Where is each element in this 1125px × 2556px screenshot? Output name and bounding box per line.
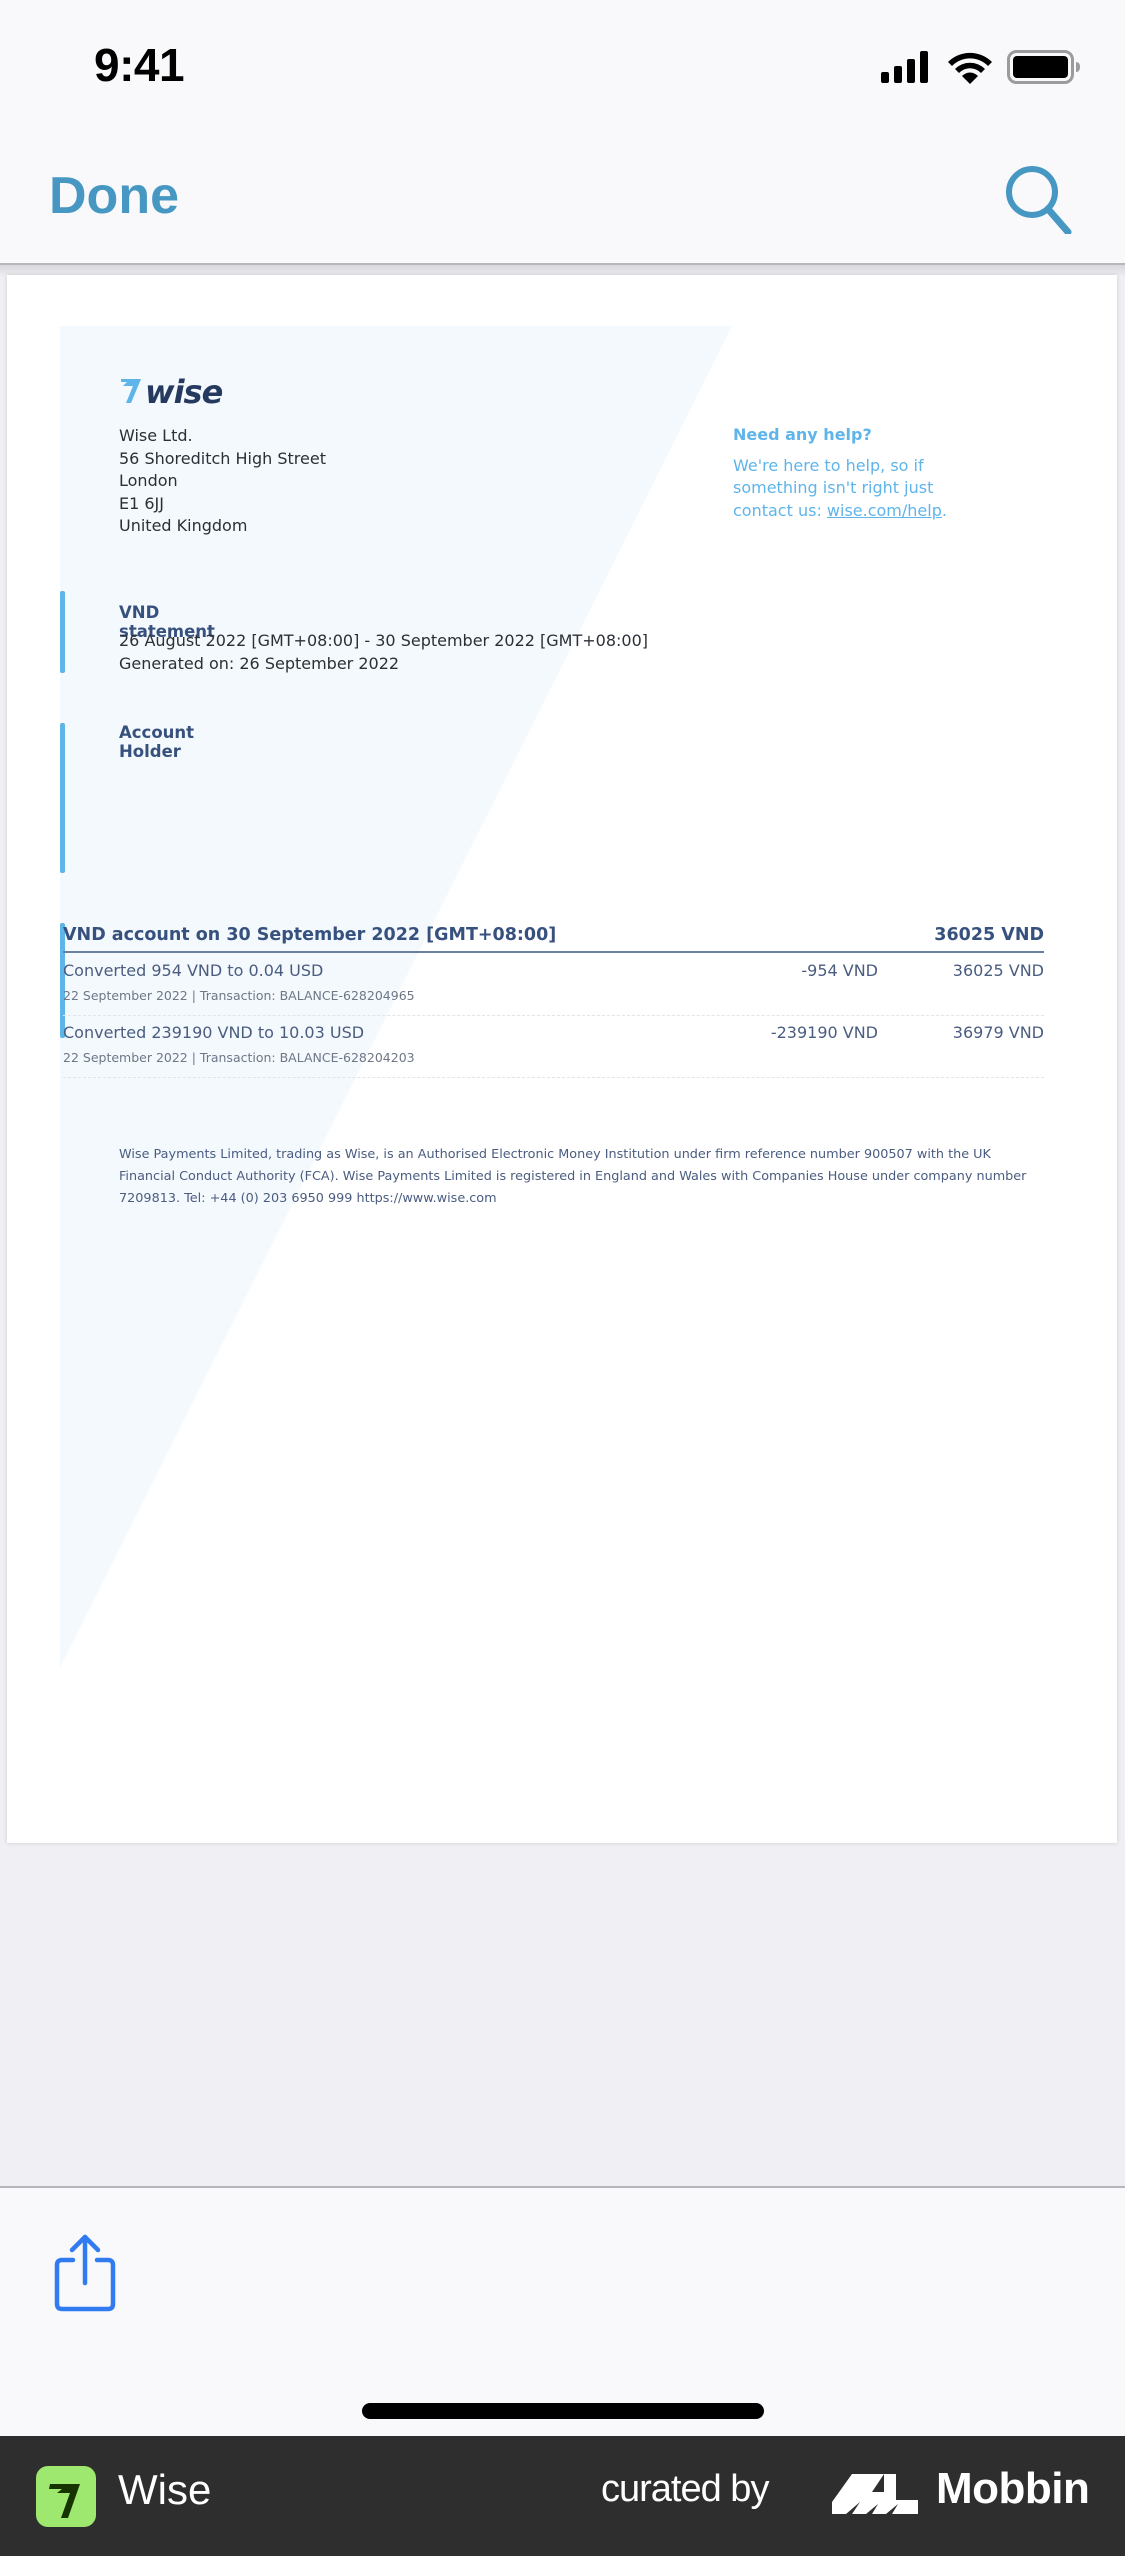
svg-text:wise: wise <box>145 375 223 407</box>
wise-app-icon <box>36 2466 96 2527</box>
help-title: Need any help? <box>733 424 947 447</box>
home-indicator <box>362 2403 764 2419</box>
section-bar <box>60 723 65 873</box>
statement-generated: Generated on: 26 September 2022 <box>119 654 399 673</box>
top-bar: 9:41 Done <box>0 0 1125 264</box>
share-icon[interactable] <box>52 2233 118 2313</box>
mobbin-brand: Mobbin <box>936 2464 1089 2514</box>
account-header: VND account on 30 September 2022 [GMT+08… <box>63 925 1044 953</box>
curated-by-label: curated by <box>601 2468 768 2511</box>
account-title: VND account on 30 September 2022 [GMT+08… <box>63 925 556 945</box>
battery-icon <box>1007 50 1081 84</box>
wise-logo: wise <box>119 375 229 407</box>
wifi-icon <box>947 50 993 84</box>
account-balance: 36025 VND <box>934 925 1044 945</box>
status-time: 9:41 <box>94 38 184 92</box>
search-icon[interactable] <box>1002 162 1074 234</box>
status-icons <box>881 50 1081 84</box>
company-address: Wise Ltd. 56 Shoreditch High Street Lond… <box>119 425 326 538</box>
transaction-row: Converted 954 VND to 0.04 USD 22 Septemb… <box>63 953 1044 1016</box>
account-holder-title: Account Holder <box>119 723 194 761</box>
help-box: Need any help? We're here to help, so if… <box>733 424 947 522</box>
statement-period: 26 August 2022 [GMT+08:00] - 30 Septembe… <box>119 631 648 650</box>
attribution-footer: Wise curated by Mobbin <box>0 2436 1125 2556</box>
app-name: Wise <box>118 2466 211 2514</box>
legal-text: Wise Payments Limited, trading as Wise, … <box>119 1144 1039 1210</box>
cellular-signal-icon <box>881 51 933 83</box>
done-button[interactable]: Done <box>49 166 179 226</box>
help-link[interactable]: wise.com/help <box>827 501 942 520</box>
transaction-row: Converted 239190 VND to 10.03 USD 22 Sep… <box>63 1015 1044 1078</box>
bottom-toolbar <box>0 2186 1125 2438</box>
pdf-page: wise Wise Ltd. 56 Shoreditch High Street… <box>7 275 1117 1843</box>
section-bar <box>60 591 65 673</box>
mobbin-logo-icon <box>832 2472 924 2514</box>
